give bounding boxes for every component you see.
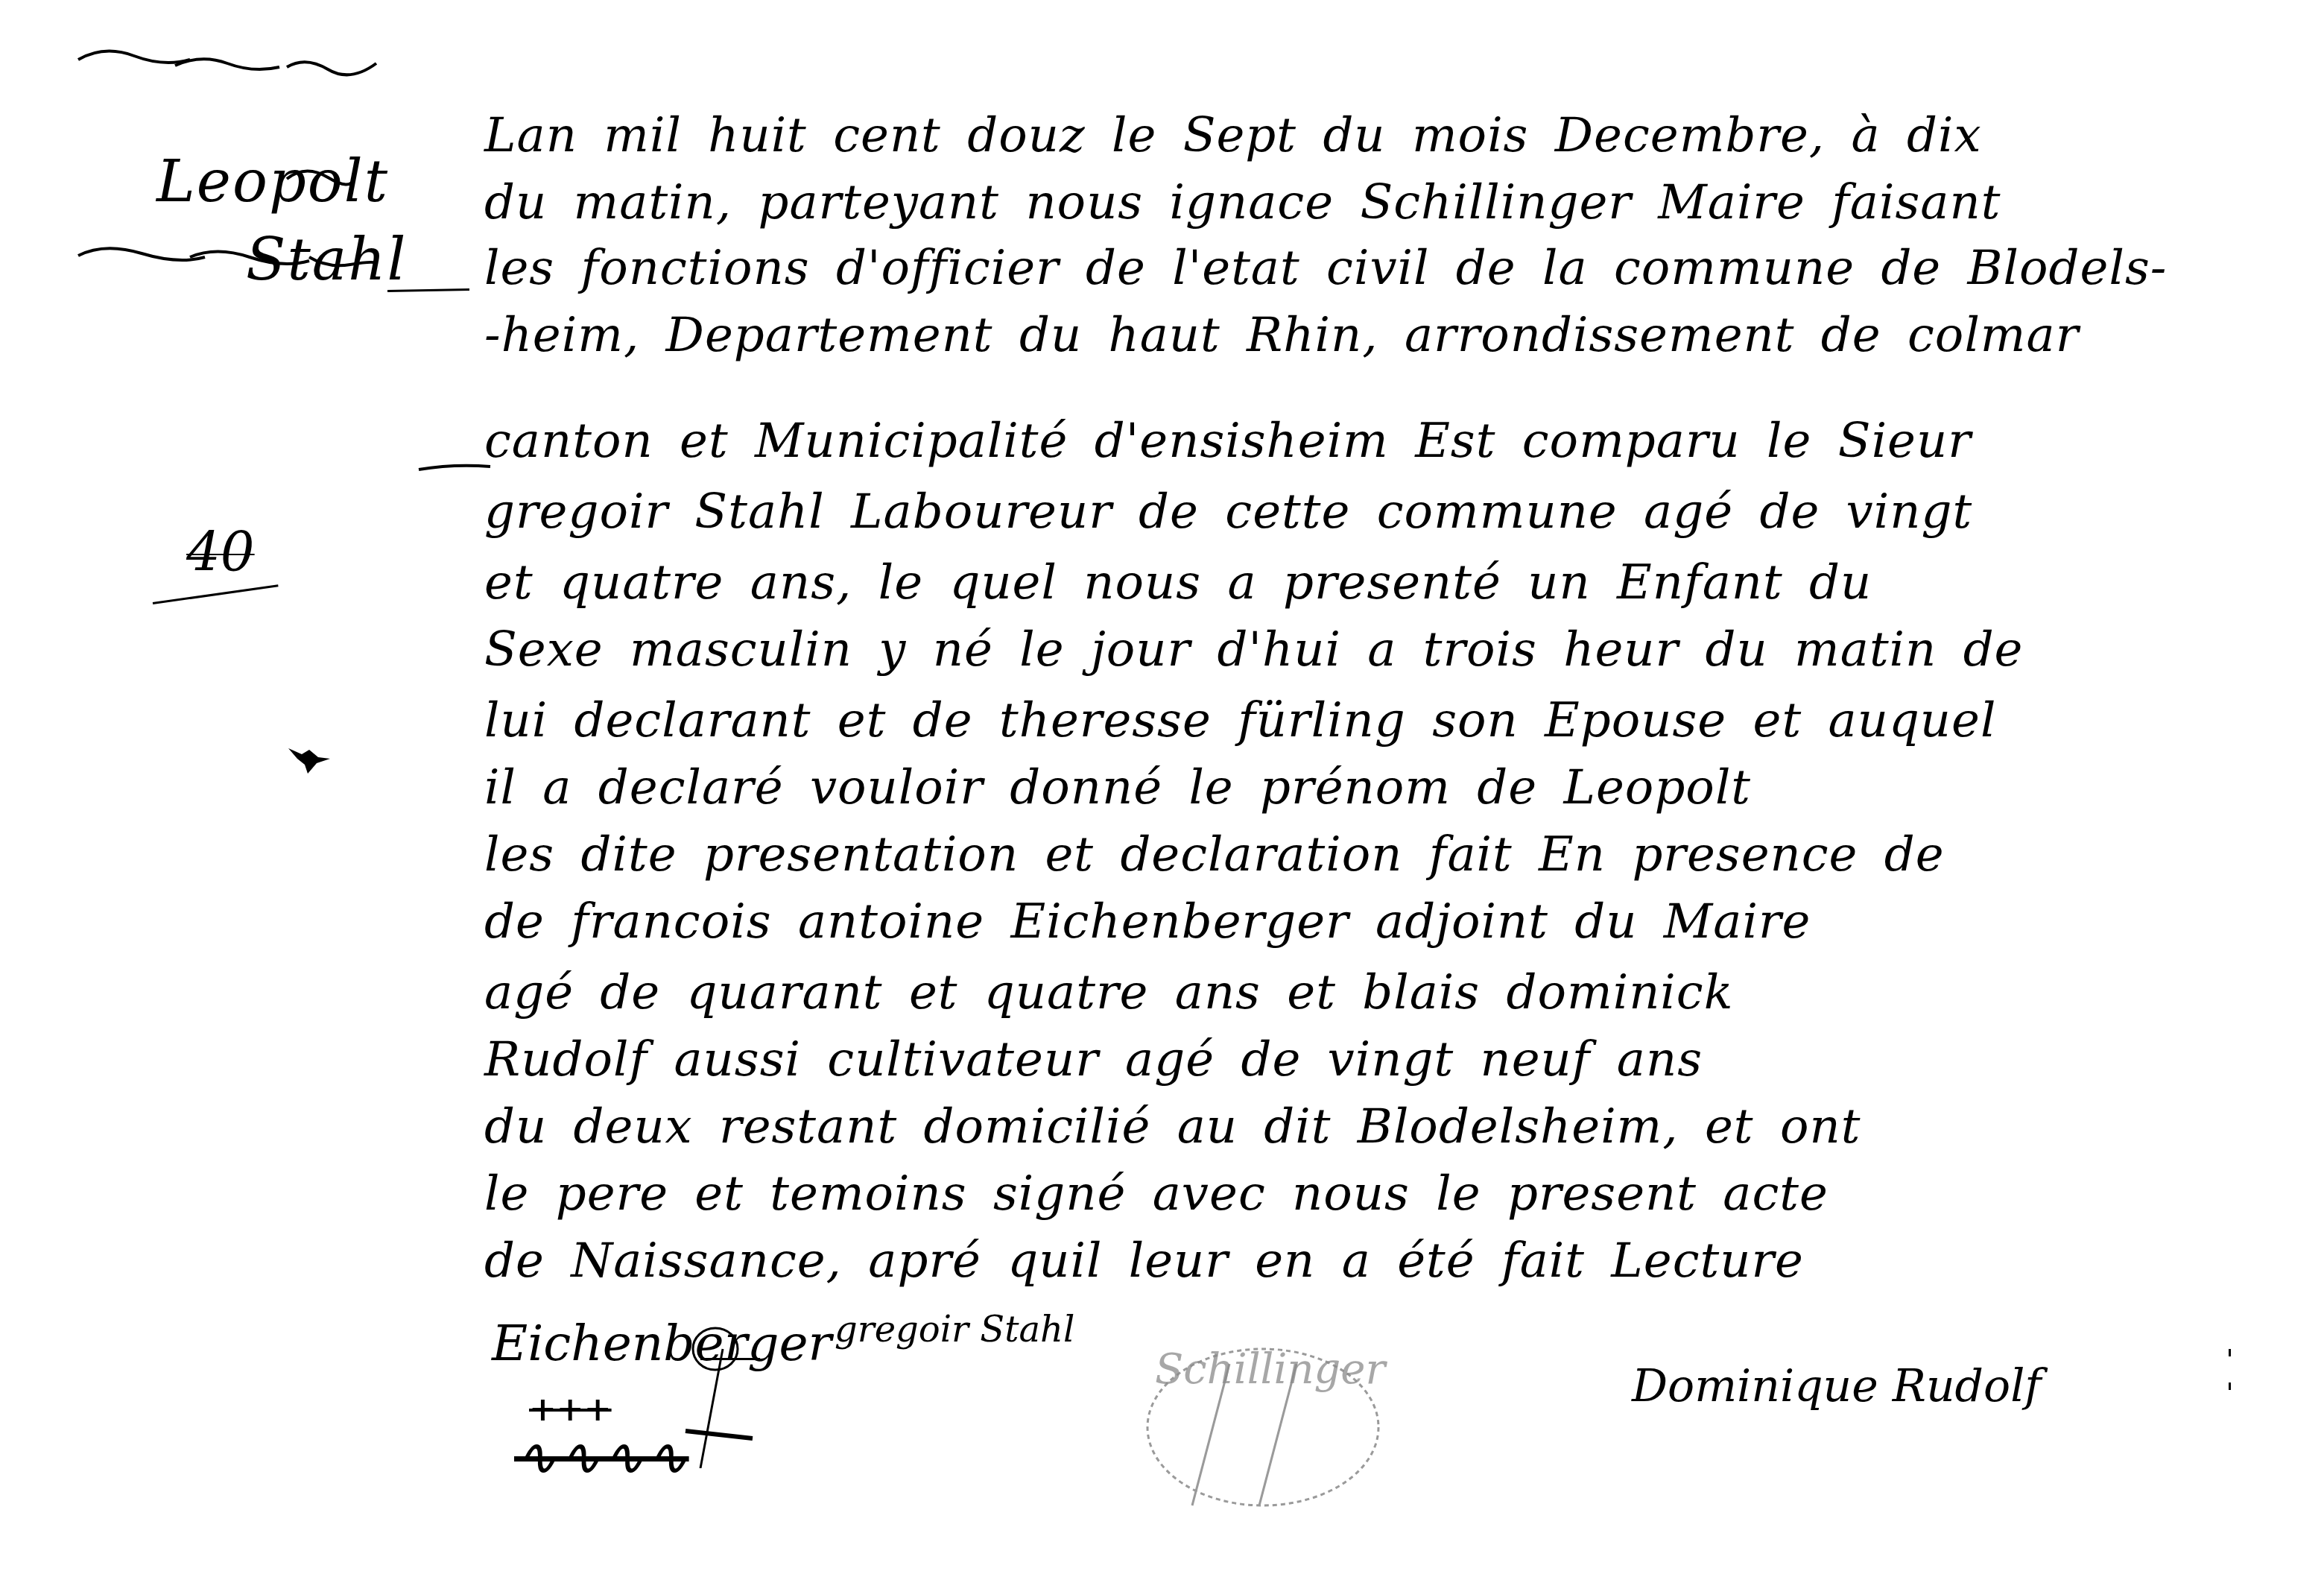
record-line: -heim, Departement du haut Rhin, arrondi… — [484, 312, 2079, 359]
signature-mayor-faded: Schillinger — [1155, 1349, 1385, 1391]
record-number: 40 — [186, 525, 255, 579]
record-line: les fonctions d'officier de l'etat civil… — [484, 244, 2167, 292]
record-line: lui declarant et de theresse fürling son… — [484, 697, 1996, 745]
margin-dots-icon — [2228, 1349, 2232, 1394]
record-line: le pere et temoins signé avec nous le pr… — [484, 1170, 1829, 1218]
signature-block: Eichenberger gregoir Stahl +++ ∿∿∿∿ Schi… — [484, 1297, 2273, 1550]
decorative-swash-icon — [171, 52, 283, 67]
decorative-swash-icon — [186, 246, 313, 261]
decorative-swash-icon — [305, 250, 380, 265]
document-page: Leopolt Stahl 40 Lan mil huit cent douz … — [0, 0, 2324, 1580]
record-line: Rudolf aussi cultivateur agé de vingt ne… — [484, 1036, 1703, 1084]
record-line: Lan mil huit cent douz le Sept du mois D… — [484, 112, 1982, 159]
signature-father: gregoir Stahl — [835, 1312, 1074, 1347]
record-line: agé de quarant et quatre ans et blais do… — [484, 969, 1733, 1017]
record-line: de francois antoine Eichenberger adjoint… — [484, 898, 1811, 946]
margin-column: Leopolt Stahl 40 — [75, 45, 492, 641]
ink-blot-icon — [287, 745, 332, 775]
signature-dominique-rudolf: Dominique Rudolf — [1632, 1364, 2042, 1409]
record-line: du matin, parteyant nous ignace Schillin… — [484, 179, 2001, 227]
record-line: du deux restant domicilié au dit Blodels… — [484, 1103, 1861, 1151]
record-line: et quatre ans, le quel nous a presenté u… — [484, 559, 1872, 607]
record-line: il a declaré vouloir donné le prénom de … — [484, 764, 1751, 812]
surname-underline — [387, 288, 469, 292]
witness-mark-scroll: ∿∿∿∿ — [514, 1431, 689, 1483]
record-number-underline — [153, 584, 279, 604]
line-lead-dash-icon — [417, 462, 492, 473]
record-line: de Naissance, apré quil leur en a été fa… — [484, 1237, 1804, 1285]
decorative-swash-icon — [283, 164, 358, 179]
decorative-swash-icon — [283, 56, 380, 71]
witness-mark-cross: +++ — [529, 1394, 612, 1426]
record-line: les dite presentation et declaration fai… — [484, 831, 1945, 879]
record-line: canton et Municipalité d'ensisheim Est c… — [484, 417, 1972, 465]
signature-eichenberger: Eichenberger — [492, 1319, 832, 1368]
record-line: Sexe masculin y né le jour d'hui a trois… — [484, 626, 2023, 674]
record-line: gregoir Stahl Laboureur de cette commune… — [484, 488, 1972, 536]
